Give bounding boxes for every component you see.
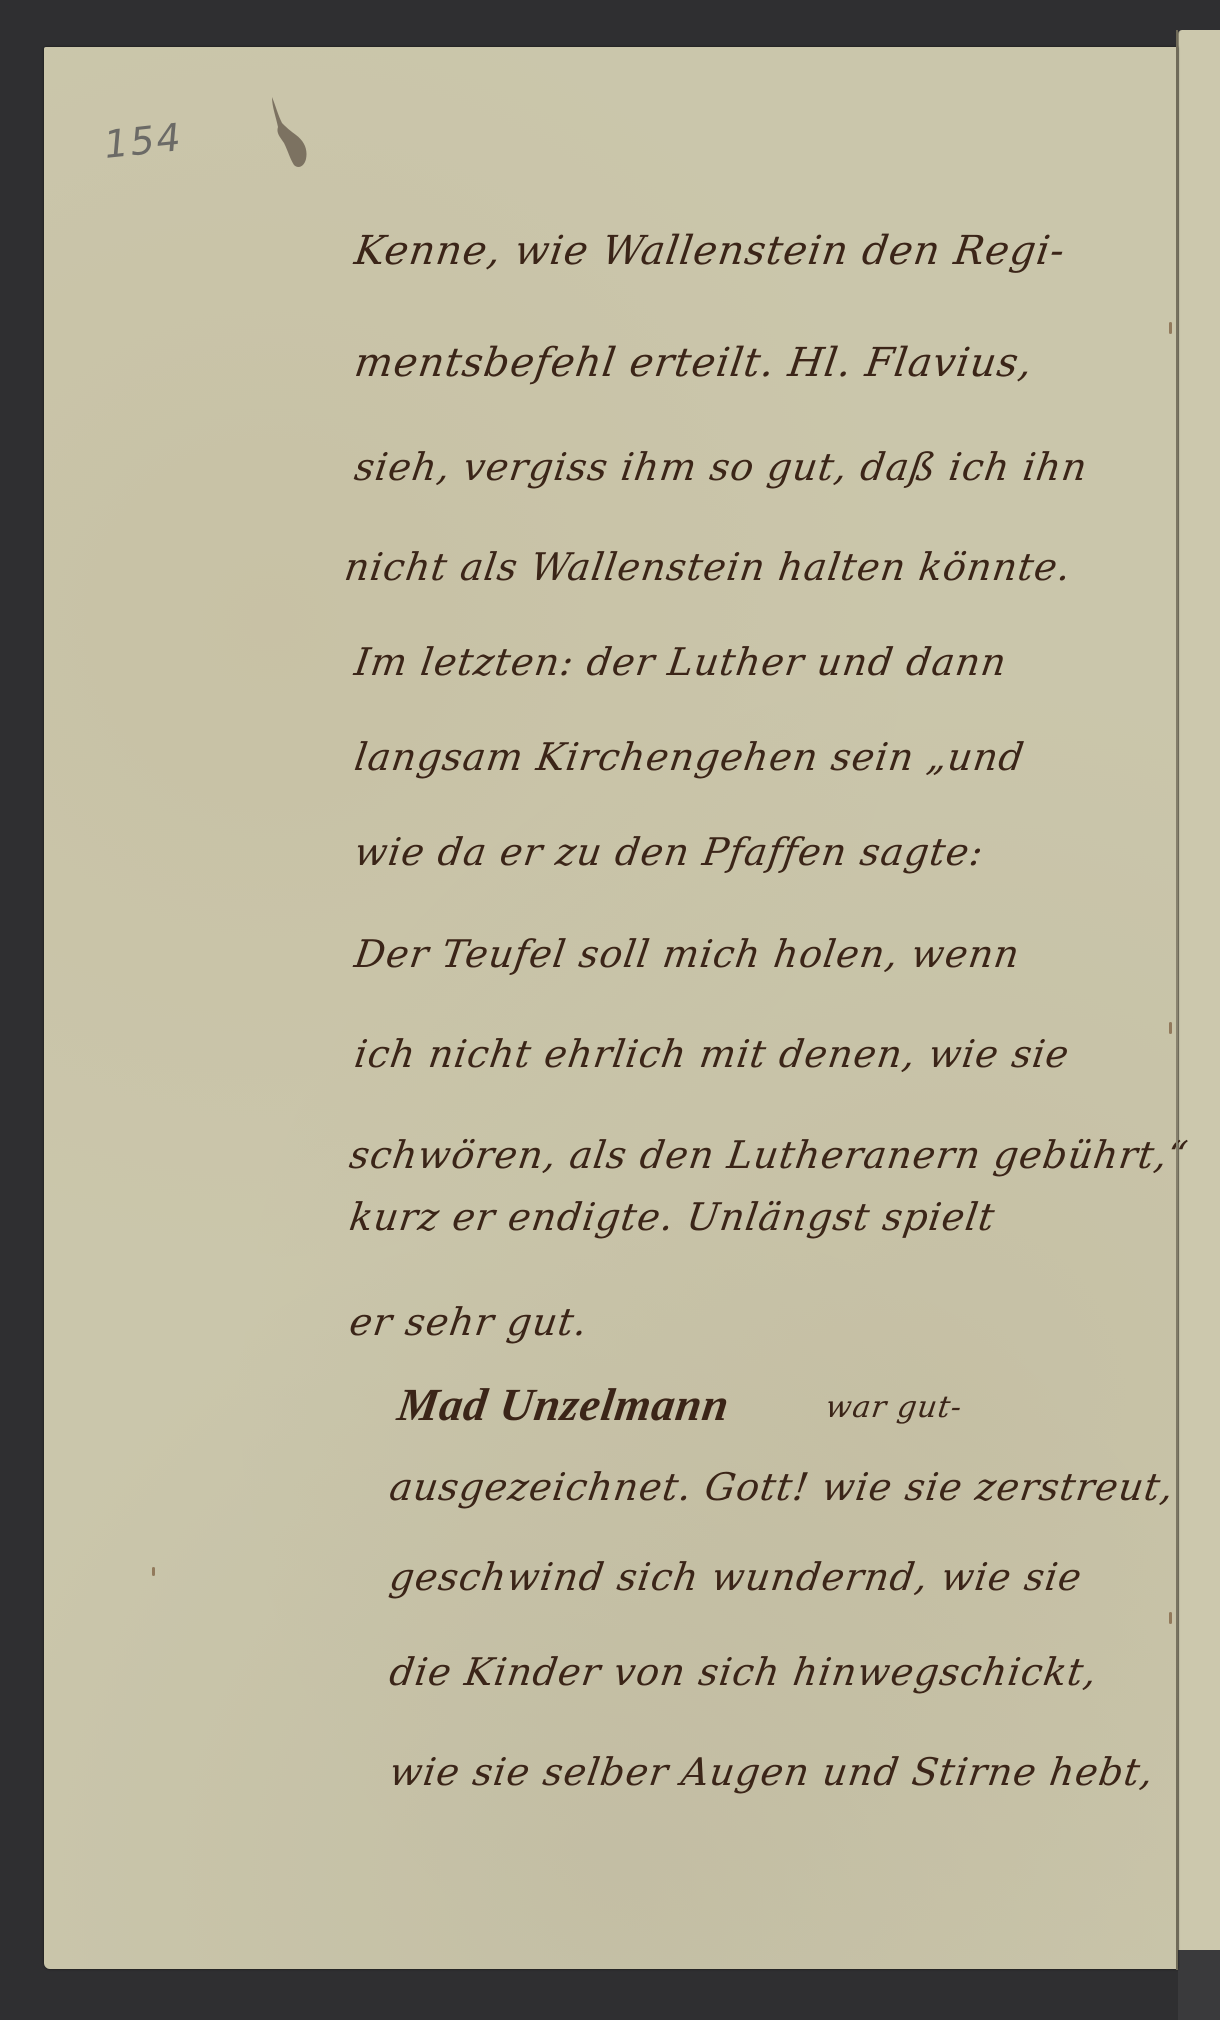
manuscript-line: ausgezeichnet. Gott! wie sie zerstreut,	[387, 1465, 1177, 1509]
manuscript-line: Im letzten: der Luther und dann	[352, 640, 1010, 684]
manuscript-line: Mad Unzelmann	[394, 1378, 733, 1431]
manuscript-line: war gut-	[824, 1390, 965, 1425]
manuscript-line: Der Teufel soll mich holen, wenn	[352, 932, 1023, 976]
manuscript-page: 154 Kenne, wie Wallenstein den Regi-ment…	[44, 47, 1178, 1969]
facing-page-edge	[1178, 30, 1220, 1950]
facing-page-shadow	[1178, 1950, 1220, 2020]
margin-mark	[1169, 1612, 1172, 1624]
manuscript-line: langsam Kirchengehen sein „und	[352, 735, 1027, 779]
manuscript-line: geschwind sich wundernd, wie sie	[387, 1555, 1085, 1599]
manuscript-line: er sehr gut.	[347, 1300, 591, 1344]
manuscript-line: Kenne, wie Wallenstein den Regi-	[352, 228, 1068, 274]
manuscript-text: Kenne, wie Wallenstein den Regi-mentsbef…	[44, 47, 1178, 1969]
margin-mark	[1169, 1022, 1172, 1034]
manuscript-line: nicht als Wallenstein halten könnte.	[342, 545, 1074, 589]
margin-mark	[152, 1567, 155, 1576]
margin-mark	[1169, 322, 1172, 334]
manuscript-line: wie sie selber Augen und Stirne hebt,	[387, 1750, 1157, 1794]
manuscript-line: mentsbefehl erteilt. Hl. Flavius,	[352, 340, 1036, 386]
manuscript-line: ich nicht ehrlich mit denen, wie sie	[352, 1032, 1073, 1076]
manuscript-line: schwören, als den Lutheranern gebührt,“	[347, 1133, 1191, 1177]
manuscript-line: die Kinder von sich hinwegschickt,	[387, 1650, 1100, 1694]
manuscript-line: kurz er endigte. Unlängst spielt	[347, 1195, 998, 1239]
manuscript-line: sieh, vergiss ihm so gut, daß ich ihn	[352, 445, 1091, 489]
manuscript-line: wie da er zu den Pfaffen sagte:	[352, 830, 987, 874]
book-gutter	[1176, 30, 1178, 1970]
scan-background: 154 Kenne, wie Wallenstein den Regi-ment…	[0, 0, 1220, 2020]
